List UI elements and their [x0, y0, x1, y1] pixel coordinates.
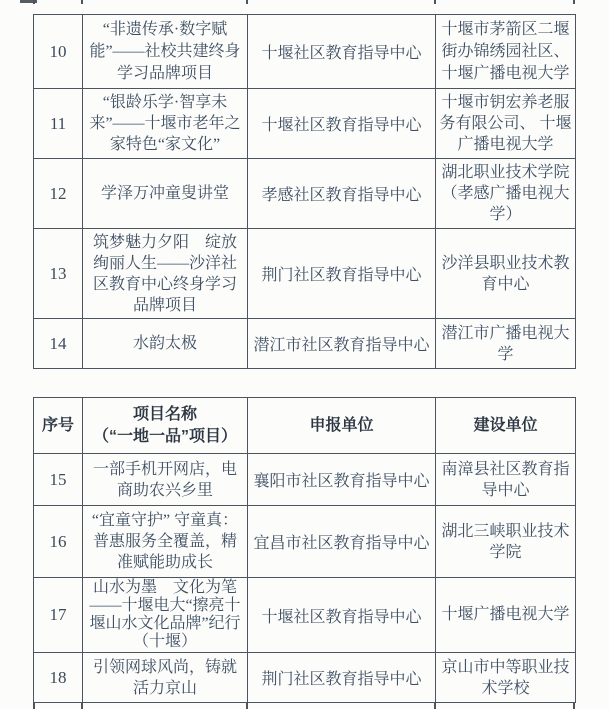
- project-name-cell: “宜童守护” 守童真：普惠服务全覆盖，精准赋能助成长: [83, 506, 248, 578]
- table-row: 17山水为墨 文化为笔——十堰电大“擦亮十堰山水文化品牌”纪行（十堰）十堰社区教…: [34, 578, 576, 653]
- table-border-stub: [573, 0, 575, 4]
- table-border-stub: [33, 703, 35, 709]
- project-name-cell: 学泽万冲童叟讲堂: [83, 159, 248, 229]
- project-name-cell: “非遗传承·数字赋能”——社校共建终身学习品牌项目: [83, 15, 248, 89]
- project-name-cell: 一部手机开网店，电商助农兴乡里: [83, 454, 248, 506]
- applicant-cell: 孝感社区教育指导中心: [248, 159, 436, 229]
- builder-cell: 湖北三峡职业技术学院: [436, 506, 576, 578]
- table-border-stub: [434, 0, 436, 4]
- header-applicant: 申报单位: [248, 398, 436, 454]
- builder-cell: 京山市中等职业技术学校: [436, 653, 576, 703]
- row-number-cell: 17: [34, 578, 83, 653]
- row-number-cell: 14: [34, 319, 83, 369]
- builder-cell: 十堰广播电视大学: [436, 578, 576, 653]
- applicant-cell: 潜江市社区教育指导中心: [248, 319, 436, 369]
- header-seq: 序号: [34, 398, 83, 454]
- applicant-cell: 十堰社区教育指导中心: [248, 15, 436, 89]
- applicant-cell: 宜昌市社区教育指导中心: [248, 506, 436, 578]
- header-project-name: 项目名称 （“一地一品”项目）: [83, 398, 248, 454]
- row-number-cell: 12: [34, 159, 83, 229]
- projects-table-continued-body: 10“非遗传承·数字赋能”——社校共建终身学习品牌项目十堰社区教育指导中心十堰市…: [34, 15, 576, 369]
- table-row: 10“非遗传承·数字赋能”——社校共建终身学习品牌项目十堰社区教育指导中心十堰市…: [34, 15, 576, 89]
- header-builder: 建设单位: [436, 398, 576, 454]
- table-border-stub: [246, 0, 248, 4]
- table-border-stub: [573, 703, 575, 709]
- builder-cell: 湖北职业技术学院（孝感广播电视大学）: [436, 159, 576, 229]
- header-project-name-line1: 项目名称: [87, 404, 243, 426]
- applicant-cell: 荆门社区教育指导中心: [248, 229, 436, 319]
- project-name-cell: “银龄乐学·智享未来”——十堰市老年之家特色“家文化”: [83, 89, 248, 159]
- table-row: 12学泽万冲童叟讲堂孝感社区教育指导中心湖北职业技术学院（孝感广播电视大学）: [34, 159, 576, 229]
- table-row: 15一部手机开网店，电商助农兴乡里襄阳市社区教育指导中心南漳县社区教育指导中心: [34, 454, 576, 506]
- table-border-stub: [33, 0, 35, 4]
- applicant-cell: 十堰社区教育指导中心: [248, 578, 436, 653]
- row-number-cell: 18: [34, 653, 83, 703]
- builder-cell: 十堰市茅箭区二堰街办锦绣园社区、十堰广播电视大学: [436, 15, 576, 89]
- table-border-stub: [81, 0, 83, 4]
- applicant-cell: 襄阳市社区教育指导中心: [248, 454, 436, 506]
- table-row: 18引领网球风尚，铸就活力京山荆门社区教育指导中心京山市中等职业技术学校: [34, 653, 576, 703]
- table-border-stub: [246, 703, 248, 709]
- project-name-cell: 筑梦魅力夕阳 绽放绚丽人生——沙洋社区教育中心终身学习品牌项目: [83, 229, 248, 319]
- project-name-cell: 引领网球风尚，铸就活力京山: [83, 653, 248, 703]
- header-project-name-line2: （“一地一品”项目）: [87, 426, 243, 448]
- document-page: 10“非遗传承·数字赋能”——社校共建终身学习品牌项目十堰社区教育指导中心十堰市…: [0, 0, 609, 709]
- row-number-cell: 15: [34, 454, 83, 506]
- table-row: 16“宜童守护” 守童真：普惠服务全覆盖，精准赋能助成长宜昌市社区教育指导中心湖…: [34, 506, 576, 578]
- applicant-cell: 十堰社区教育指导中心: [248, 89, 436, 159]
- row-number-cell: 10: [34, 15, 83, 89]
- builder-cell: 十堰市钥宏养老服务有限公司、 十堰广播电视大学: [436, 89, 576, 159]
- builder-cell: 潜江市广播电视大学: [436, 319, 576, 369]
- builder-cell: 沙洋县职业技术教育中心: [436, 229, 576, 319]
- project-name-cell: 水韵太极: [83, 319, 248, 369]
- projects-table-continued: 10“非遗传承·数字赋能”——社校共建终身学习品牌项目十堰社区教育指导中心十堰市…: [33, 14, 576, 369]
- row-number-cell: 13: [34, 229, 83, 319]
- builder-cell: 南漳县社区教育指导中心: [436, 454, 576, 506]
- projects-table-body: 序号 项目名称 （“一地一品”项目） 申报单位 建设单位 15一部手机开网店，电…: [34, 398, 576, 703]
- projects-table-one-place-one-brand: 序号 项目名称 （“一地一品”项目） 申报单位 建设单位 15一部手机开网店，电…: [33, 397, 576, 703]
- table-header-row: 序号 项目名称 （“一地一品”项目） 申报单位 建设单位: [34, 398, 576, 454]
- row-number-cell: 16: [34, 506, 83, 578]
- project-name-cell: 山水为墨 文化为笔——十堰电大“擦亮十堰山水文化品牌”纪行（十堰）: [83, 578, 248, 653]
- table-row: 14水韵太极潜江市社区教育指导中心潜江市广播电视大学: [34, 319, 576, 369]
- table-row: 13筑梦魅力夕阳 绽放绚丽人生——沙洋社区教育中心终身学习品牌项目荆门社区教育指…: [34, 229, 576, 319]
- table-border-stub: [81, 703, 83, 709]
- applicant-cell: 荆门社区教育指导中心: [248, 653, 436, 703]
- table-row: 11“银龄乐学·智享未来”——十堰市老年之家特色“家文化”十堰社区教育指导中心十…: [34, 89, 576, 159]
- row-number-cell: 11: [34, 89, 83, 159]
- table-border-stub: [434, 703, 436, 709]
